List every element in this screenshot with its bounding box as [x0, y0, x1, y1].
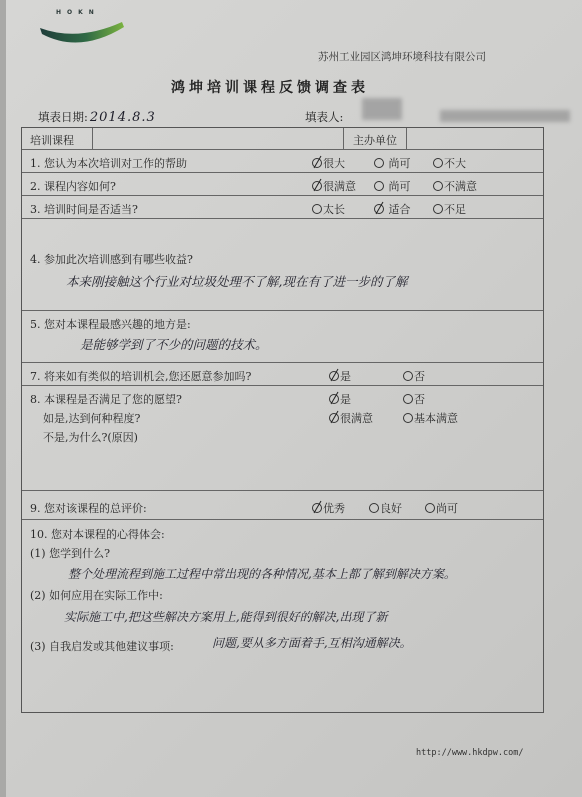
question-label: 8. 本课程是否满足了您的愿望? [30, 391, 182, 407]
question-label: 2. 课程内容如何? [30, 178, 116, 194]
question-10: 10. 您对本课程的心得体会: (1) 您学到什么? 整个处理流程到施工过程中常… [22, 520, 543, 710]
sub-question-label: (3) 自我启发或其他建议事项: [30, 638, 174, 654]
question-label: 5. 您对本课程最感兴趣的地方是: [30, 316, 191, 332]
option-3a[interactable]: 太长 [312, 201, 345, 217]
footer-url[interactable]: http://www.hkdpw.com/ [416, 748, 523, 758]
question-1: 1. 您认为本次培训对工作的帮助 很大 尚可 不大 [22, 150, 543, 173]
question-4: 4. 参加此次培训感到有哪些收益? 本来刚接触这个行业对垃圾处理不了解,现在有了… [22, 219, 543, 311]
option-label: 尚可 [436, 502, 458, 515]
logo-text: HOKN [56, 9, 100, 16]
radio-icon [403, 394, 413, 404]
fill-date-value: 2014.8.3 [90, 110, 156, 125]
sub-question-label: 如是,达到何种程度? [43, 410, 140, 426]
option-3c[interactable]: 不足 [433, 201, 466, 217]
question-label: 10. 您对本课程的心得体会: [30, 526, 165, 542]
question-9: 9. 您对该课程的总评价: 优秀 良好 尚可 [22, 491, 543, 520]
option-label: 很满意 [323, 180, 356, 193]
radio-icon [425, 503, 435, 513]
option-label: 否 [414, 370, 425, 383]
filler-label: 填表人: [305, 110, 343, 124]
answer-handwriting[interactable]: 是能够学到了不少的问题的技术。 [80, 335, 268, 353]
organizer-label: 主办单位 [353, 132, 397, 148]
redacted-name [362, 98, 402, 120]
question-label: 1. 您认为本次培训对工作的帮助 [30, 155, 187, 171]
sub-question-label: (2) 如何应用在实际工作中: [30, 587, 163, 603]
option-label: 优秀 [323, 502, 345, 515]
course-row: 培训课程 主办单位 [22, 128, 543, 150]
radio-icon [374, 204, 384, 214]
radio-icon [433, 204, 443, 214]
paper-edge [0, 0, 6, 797]
question-label: 7. 将来如有类似的培训机会,您还愿意参加吗? [30, 368, 251, 384]
option-label: 良好 [380, 502, 402, 515]
question-label: 9. 您对该课程的总评价: [30, 500, 147, 516]
radio-icon [312, 181, 322, 191]
question-2: 2. 课程内容如何? 很满意 尚可 不满意 [22, 173, 543, 196]
option-label: 是 [340, 370, 351, 383]
question-5: 5. 您对本课程最感兴趣的地方是: 是能够学到了不少的问题的技术。 [22, 311, 543, 363]
redacted-info [440, 110, 570, 122]
question-8: 8. 本课程是否满足了您的愿望? 是 否 如是,达到何种程度? 很满意 基本满意… [22, 386, 543, 491]
answer-handwriting[interactable]: 整个处理流程到施工过程中常出现的各种情况,基本上都了解到解决方案。 [68, 565, 456, 582]
radio-icon [329, 394, 339, 404]
option-label: 尚可 [389, 157, 411, 170]
option-label: 是 [340, 393, 351, 406]
radio-icon [369, 503, 379, 513]
divider [92, 128, 93, 149]
option-8c[interactable]: 很满意 [329, 410, 373, 426]
option-2a[interactable]: 很满意 [312, 178, 356, 194]
option-label: 不大 [444, 157, 466, 170]
form-title: 鸿坤培训课程反馈调查表 [0, 77, 540, 97]
scanned-form-page: HOKN 苏州工业园区鸿坤环境科技有限公司 鸿坤培训课程反馈调查表 填表日期:2… [0, 0, 582, 797]
option-1a[interactable]: 很大 [312, 155, 345, 171]
option-9c[interactable]: 尚可 [425, 500, 458, 516]
option-label: 很满意 [340, 412, 373, 425]
option-label: 很大 [323, 157, 345, 170]
sub-question-label: 不是,为什么?(原因) [43, 429, 138, 445]
option-label: 基本满意 [414, 412, 458, 425]
option-7a[interactable]: 是 [329, 368, 351, 384]
option-9b[interactable]: 良好 [369, 500, 402, 516]
course-label: 培训课程 [30, 132, 74, 148]
option-3b[interactable]: 适合 [374, 201, 411, 217]
fill-date-label: 填表日期: [38, 110, 88, 124]
option-7b[interactable]: 否 [403, 368, 425, 384]
option-2c[interactable]: 不满意 [433, 178, 477, 194]
radio-icon [433, 158, 443, 168]
option-1c[interactable]: 不大 [433, 155, 466, 171]
radio-icon [329, 413, 339, 423]
fill-date: 填表日期:2014.8.3 [38, 109, 156, 125]
sub-question-label: (1) 您学到什么? [30, 545, 110, 561]
answer-handwriting[interactable]: 问题,要从多方面着手,互相沟通解决。 [212, 634, 412, 651]
radio-icon [403, 413, 413, 423]
option-1b[interactable]: 尚可 [374, 155, 411, 171]
option-label: 太长 [323, 203, 345, 216]
option-8a[interactable]: 是 [329, 391, 351, 407]
option-2b[interactable]: 尚可 [374, 178, 411, 194]
radio-icon [433, 181, 443, 191]
radio-icon [374, 158, 384, 168]
radio-icon [312, 204, 322, 214]
option-8d[interactable]: 基本满意 [403, 410, 458, 426]
divider [343, 128, 344, 149]
option-label: 不满意 [444, 180, 477, 193]
question-7: 7. 将来如有类似的培训机会,您还愿意参加吗? 是 否 [22, 363, 543, 386]
question-3: 3. 培训时间是否适当? 太长 适合 不足 [22, 196, 543, 219]
answer-handwriting[interactable]: 本来刚接触这个行业对垃圾处理不了解,现在有了进一步的了解 [66, 272, 407, 290]
option-label: 否 [414, 393, 425, 406]
feedback-form-table: 培训课程 主办单位 1. 您认为本次培训对工作的帮助 很大 尚可 不大 2. 课… [21, 127, 544, 713]
answer-handwriting[interactable]: 实际施工中,把这些解决方案用上,能得到很好的解决,出现了新 [64, 608, 387, 625]
divider [406, 128, 407, 149]
filler: 填表人: [305, 109, 343, 125]
company-name: 苏州工业园区鸿坤环境科技有限公司 [318, 49, 486, 64]
option-9a[interactable]: 优秀 [312, 500, 345, 516]
question-label: 4. 参加此次培训感到有哪些收益? [30, 251, 193, 267]
option-label: 尚可 [389, 180, 411, 193]
option-8b[interactable]: 否 [403, 391, 425, 407]
radio-icon [329, 371, 339, 381]
question-label: 3. 培训时间是否适当? [30, 201, 138, 217]
radio-icon [403, 371, 413, 381]
radio-icon [312, 503, 322, 513]
radio-icon [312, 158, 322, 168]
option-label: 适合 [389, 203, 411, 216]
radio-icon [374, 181, 384, 191]
option-label: 不足 [444, 203, 466, 216]
